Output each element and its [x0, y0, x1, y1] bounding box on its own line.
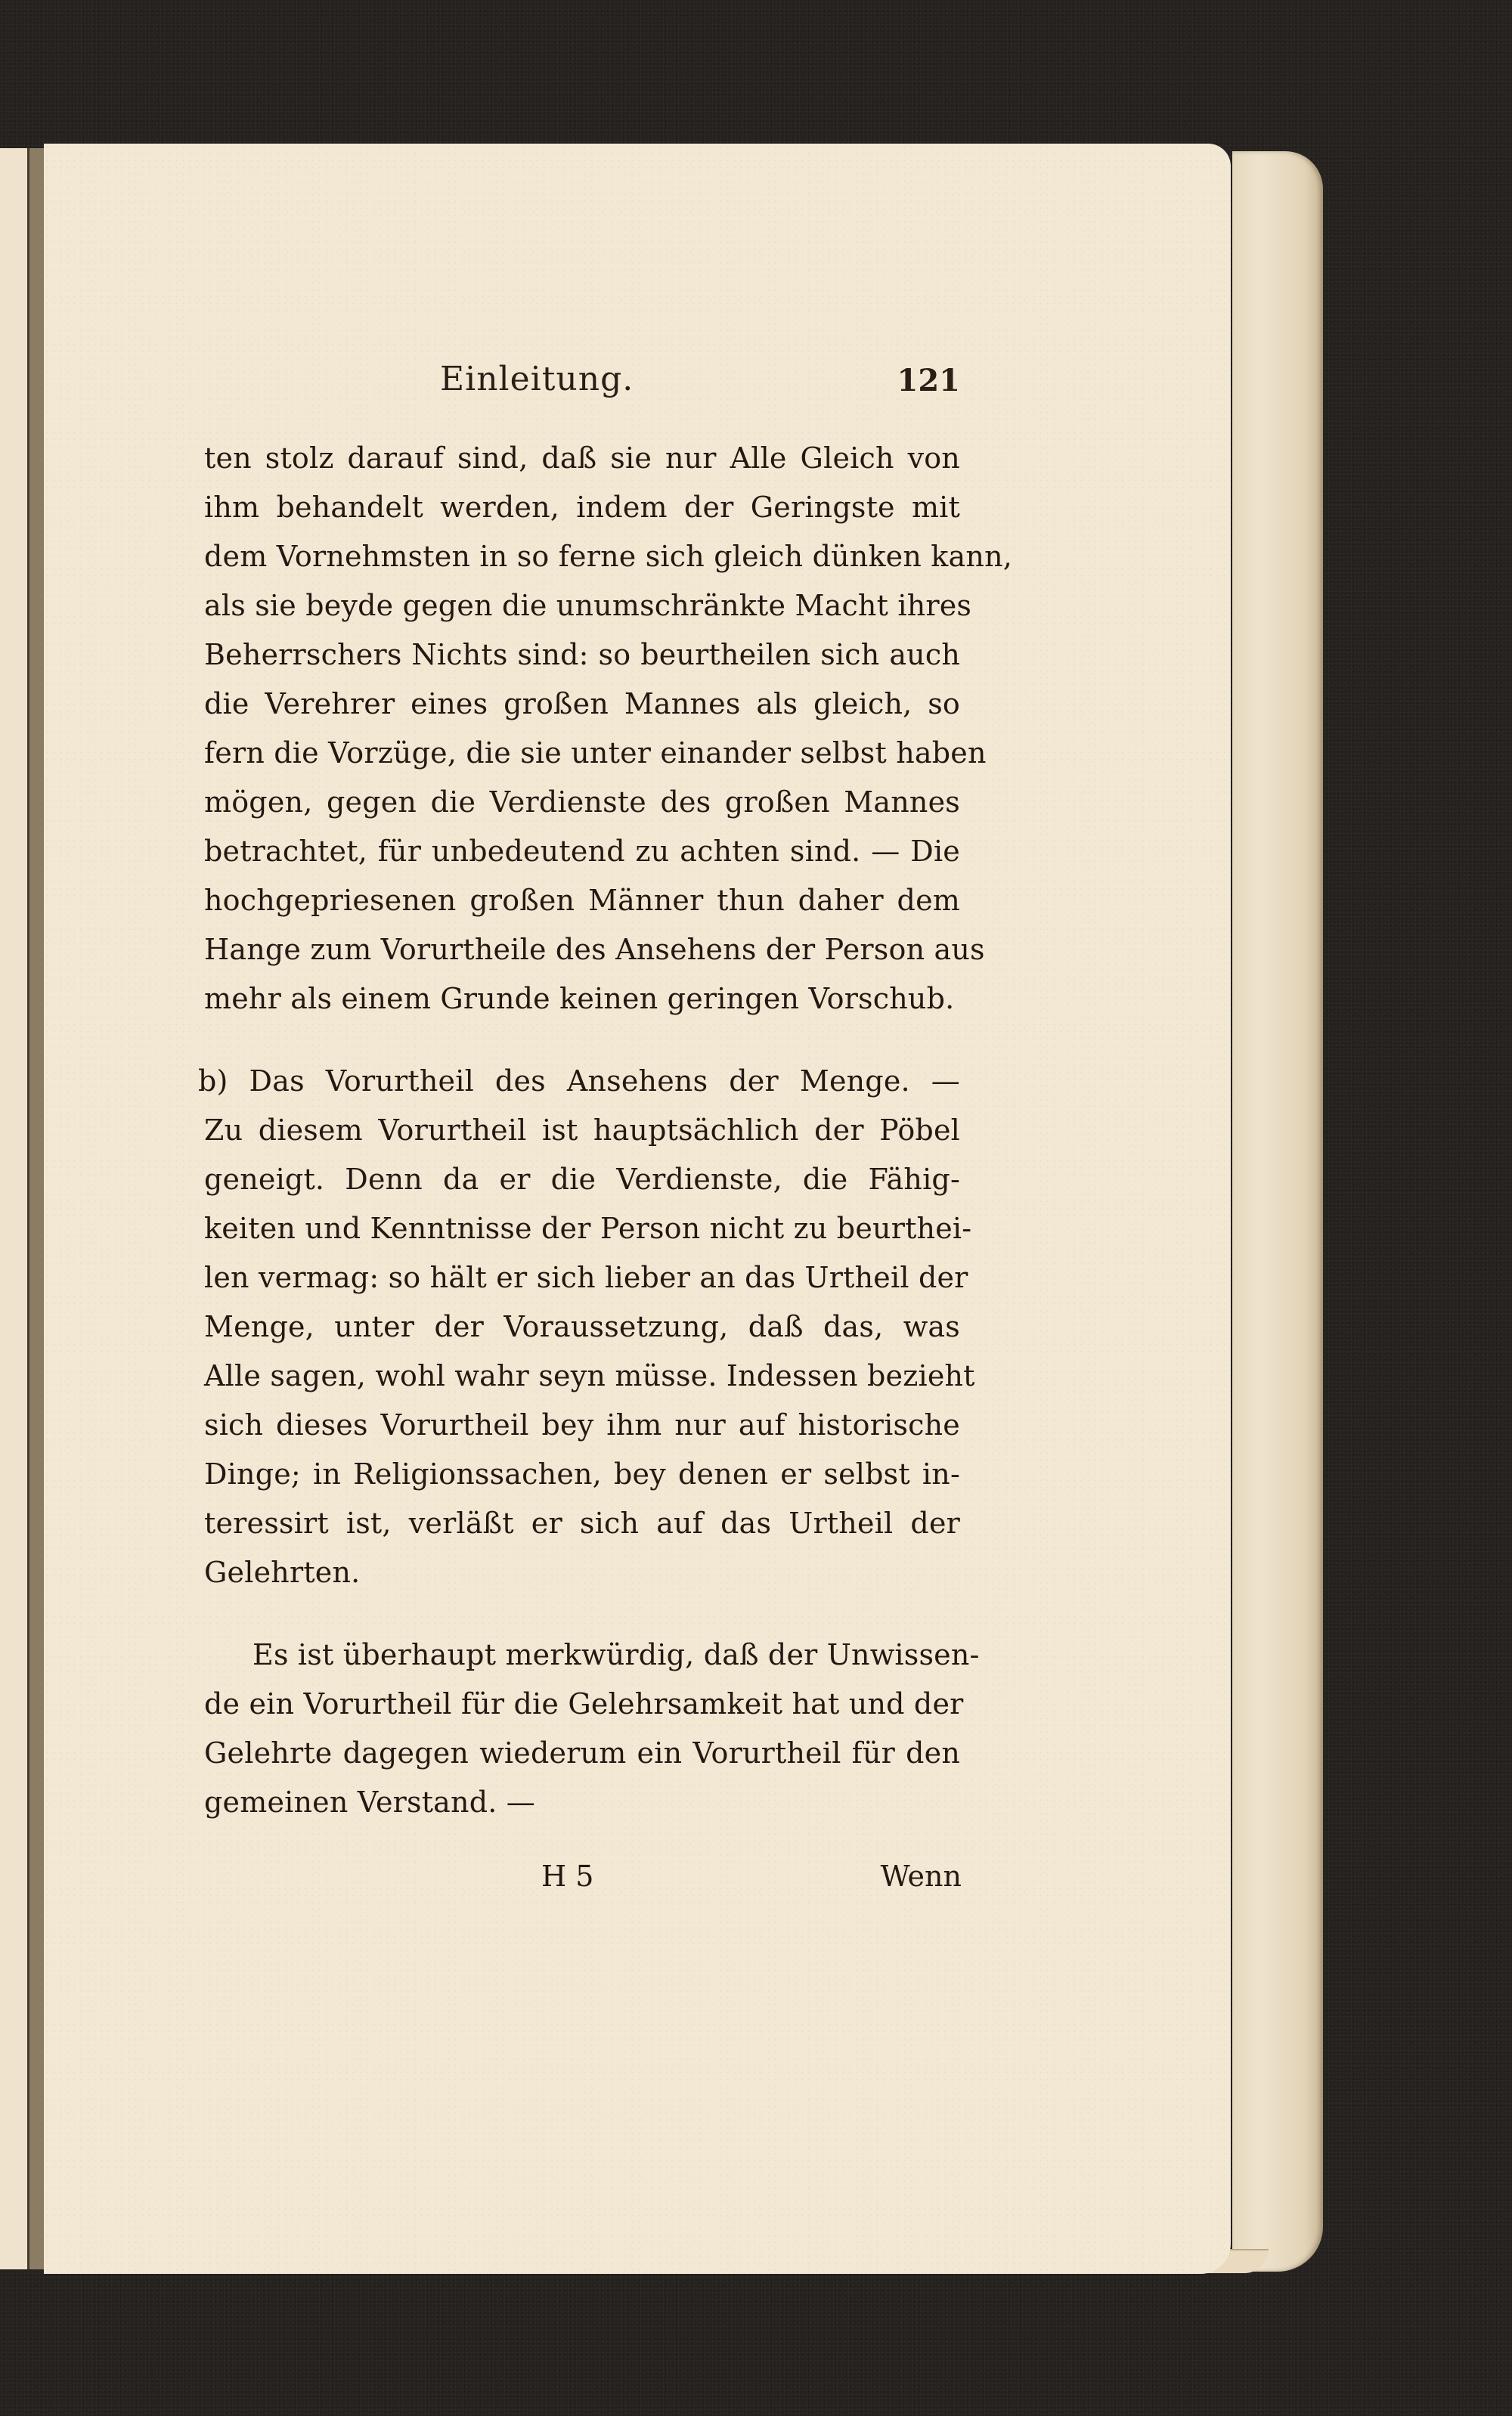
text-line: ten stolz darauf sind, daß sie nur Alle …	[204, 434, 960, 483]
page-number: 121	[897, 363, 961, 398]
text-line: Gelehrte dagegen wiederum ein Vorurtheil…	[204, 1729, 960, 1778]
text-line: Gelehrten.	[204, 1548, 960, 1597]
signature-mark: H 5	[541, 1860, 593, 1893]
text-line: Es ist überhaupt merkwürdig, daß der Unw…	[204, 1631, 960, 1680]
text-line: Dinge; in Religionssachen, bey denen er …	[204, 1450, 960, 1499]
text-line: sich dieses Vorurtheil bey ihm nur auf h…	[204, 1401, 960, 1450]
book-gutter	[27, 148, 44, 2269]
text-line: teressirt ist, verläßt er sich auf das U…	[204, 1499, 960, 1548]
text-line: die Verehrer eines großen Mannes als gle…	[204, 680, 960, 729]
text-line: betrachtet, für unbedeutend zu achten si…	[204, 827, 960, 876]
text-line: de ein Vorurtheil für die Gelehrsamkeit …	[204, 1680, 960, 1729]
text-line: als sie beyde gegen die unumschränkte Ma…	[204, 581, 960, 630]
body-text: ten stolz darauf sind, daß sie nur Alle …	[204, 434, 960, 1827]
text-line: gemeinen Verstand. —	[204, 1778, 960, 1827]
text-line: ihm behandelt werden, indem der Geringst…	[204, 483, 960, 532]
text-line: len vermag: so hält er sich lieber an da…	[204, 1253, 960, 1302]
running-title: Einleitung.	[440, 360, 634, 398]
text-line: hochgepriesenen großen Männer thun daher…	[204, 876, 960, 925]
text-line: mehr als einem Grunde keinen geringen Vo…	[204, 974, 960, 1024]
section-b: b) Das Vorurtheil des Ansehens der Menge…	[204, 1057, 960, 1597]
paragraph-remark: Es ist überhaupt merkwürdig, daß der Unw…	[204, 1631, 960, 1827]
catchword: Wenn	[881, 1860, 962, 1893]
paragraph-continuation: ten stolz darauf sind, daß sie nur Alle …	[204, 434, 960, 1024]
catchline: H 5 Wenn	[541, 1860, 962, 1905]
section-heading-b: b) Das Vorurtheil des Ansehens der Menge…	[198, 1057, 960, 1106]
text-line: Beherrschers Nichts sind: so beurtheilen…	[204, 630, 960, 680]
page-fore-edge	[1232, 151, 1323, 2272]
text-line: Hange zum Vorurtheile des Ansehens der P…	[204, 925, 960, 974]
text-line: mögen, gegen die Verdienste des großen M…	[204, 778, 960, 827]
running-head: Einleitung. 121	[209, 360, 960, 413]
text-line: fern die Vorzüge, die sie unter einander…	[204, 729, 960, 778]
text-line: Menge, unter der Voraussetzung, daß das,…	[204, 1302, 960, 1352]
text-line: keiten und Kenntnisse der Person nicht z…	[204, 1204, 960, 1253]
text-line: Zu diesem Vorurtheil ist hauptsächlich d…	[204, 1106, 960, 1155]
text-line: geneigt. Denn da er die Verdienste, die …	[204, 1155, 960, 1204]
facing-page-edge	[0, 148, 27, 2269]
text-line: Alle sagen, wohl wahr seyn müsse. Indess…	[204, 1352, 960, 1401]
text-line: dem Vornehmsten in so ferne sich gleich …	[204, 532, 960, 581]
